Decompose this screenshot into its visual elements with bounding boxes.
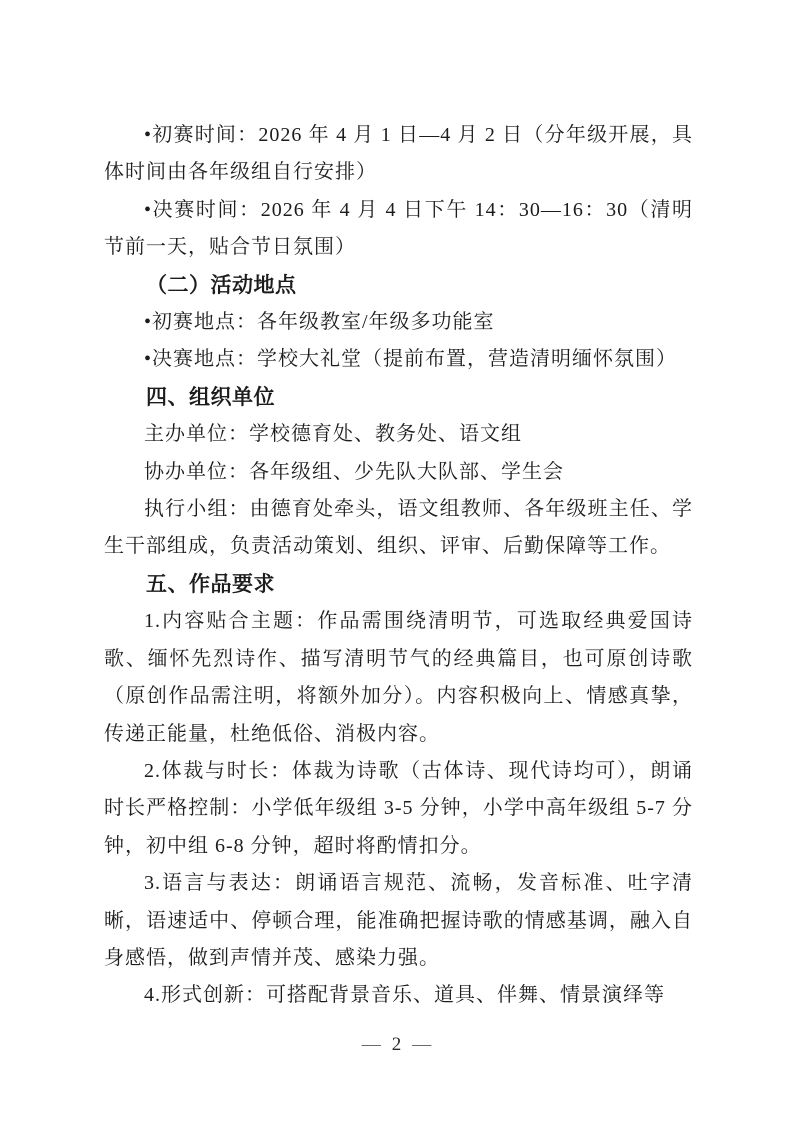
paragraph-bullet-preliminary-place: •初赛地点：各年级教室/年级多功能室	[104, 304, 693, 341]
footer-left-dash: —	[362, 1034, 381, 1055]
page-footer: —2—	[0, 1032, 793, 1058]
paragraph-requirement-3-language: 3.语言与表达：朗诵语言规范、流畅，发音标准、吐字清晰，语速适中、停顿合理，能准…	[104, 865, 693, 977]
paragraph-requirement-4-form: 4.形式创新：可搭配背景音乐、道具、伴舞、情景演绎等	[104, 977, 693, 1014]
page-number: 2	[392, 1032, 402, 1058]
paragraph-bullet-preliminary-time: •初赛时间：2026 年 4 月 1 日—4 月 2 日（分年级开展，具体时间由…	[104, 117, 693, 192]
document-page: •初赛时间：2026 年 4 月 1 日—4 月 2 日（分年级开展，具体时间由…	[0, 0, 793, 1122]
paragraph-host-unit: 主办单位：学校德育处、教务处、语文组	[104, 416, 693, 453]
footer-right-dash: —	[412, 1034, 431, 1055]
section-heading-organizers: 四、组织单位	[104, 379, 693, 416]
section-heading-work-requirements: 五、作品要求	[104, 566, 693, 603]
paragraph-requirement-1-content: 1.内容贴合主题：作品需围绕清明节，可选取经典爱国诗歌、缅怀先烈诗作、描写清明节…	[104, 603, 693, 753]
paragraph-bullet-final-place: •决赛地点：学校大礼堂（提前布置，营造清明缅怀氛围）	[104, 341, 693, 378]
document-body: •初赛时间：2026 年 4 月 1 日—4 月 2 日（分年级开展，具体时间由…	[104, 117, 693, 1015]
section-heading-activity-location: （二）活动地点	[104, 267, 693, 304]
paragraph-co-organizer-unit: 协办单位：各年级组、少先队大队部、学生会	[104, 454, 693, 491]
paragraph-requirement-2-genre: 2.体裁与时长：体裁为诗歌（古体诗、现代诗均可），朗诵时长严格控制：小学低年级组…	[104, 753, 693, 865]
paragraph-executive-team: 执行小组：由德育处牵头，语文组教师、各年级班主任、学生干部组成，负责活动策划、组…	[104, 491, 693, 566]
paragraph-bullet-final-time: •决赛时间：2026 年 4 月 4 日下午 14：30—16：30（清明节前一…	[104, 192, 693, 267]
